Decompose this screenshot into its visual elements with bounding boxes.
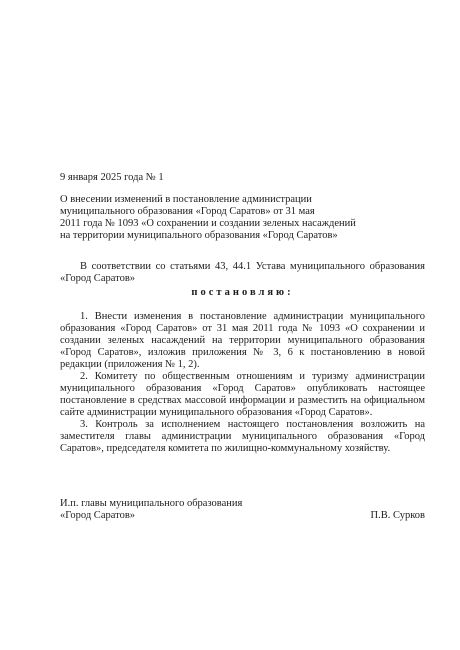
date-number-line: 9 января 2025 года № 1 (60, 172, 425, 184)
title-line: на территории муниципального образования… (60, 230, 425, 242)
document-content: 9 января 2025 года № 1 О внесении измене… (60, 172, 425, 522)
signature-position-line2: «Город Саратов» (60, 510, 135, 522)
resolution-item-1: 1. Внести изменения в постановление адми… (60, 311, 425, 371)
signature-block: И.п. главы муниципального образования «Г… (60, 498, 425, 522)
title-line: О внесении изменений в постановление адм… (60, 194, 425, 206)
signature-row: «Город Саратов» П.В. Сурков (60, 510, 425, 522)
title-line: муниципального образования «Город Сарато… (60, 206, 425, 218)
title-line: 2011 года № 1093 «О сохранении и создани… (60, 218, 425, 230)
signature-position-line1: И.п. главы муниципального образования (60, 498, 425, 510)
signatory-name: П.В. Сурков (371, 510, 425, 522)
document-title: О внесении изменений в постановление адм… (60, 194, 425, 242)
resolution-word: постановляю: (60, 287, 425, 299)
document-page: 9 января 2025 года № 1 О внесении измене… (0, 0, 460, 650)
preamble-paragraph: В соответствии со статьями 43, 44.1 Уста… (60, 261, 425, 285)
resolution-item-2: 2. Комитету по общественным отношениям и… (60, 371, 425, 419)
resolution-items: 1. Внести изменения в постановление адми… (60, 311, 425, 455)
resolution-item-3: 3. Контроль за исполнением настоящего по… (60, 419, 425, 455)
